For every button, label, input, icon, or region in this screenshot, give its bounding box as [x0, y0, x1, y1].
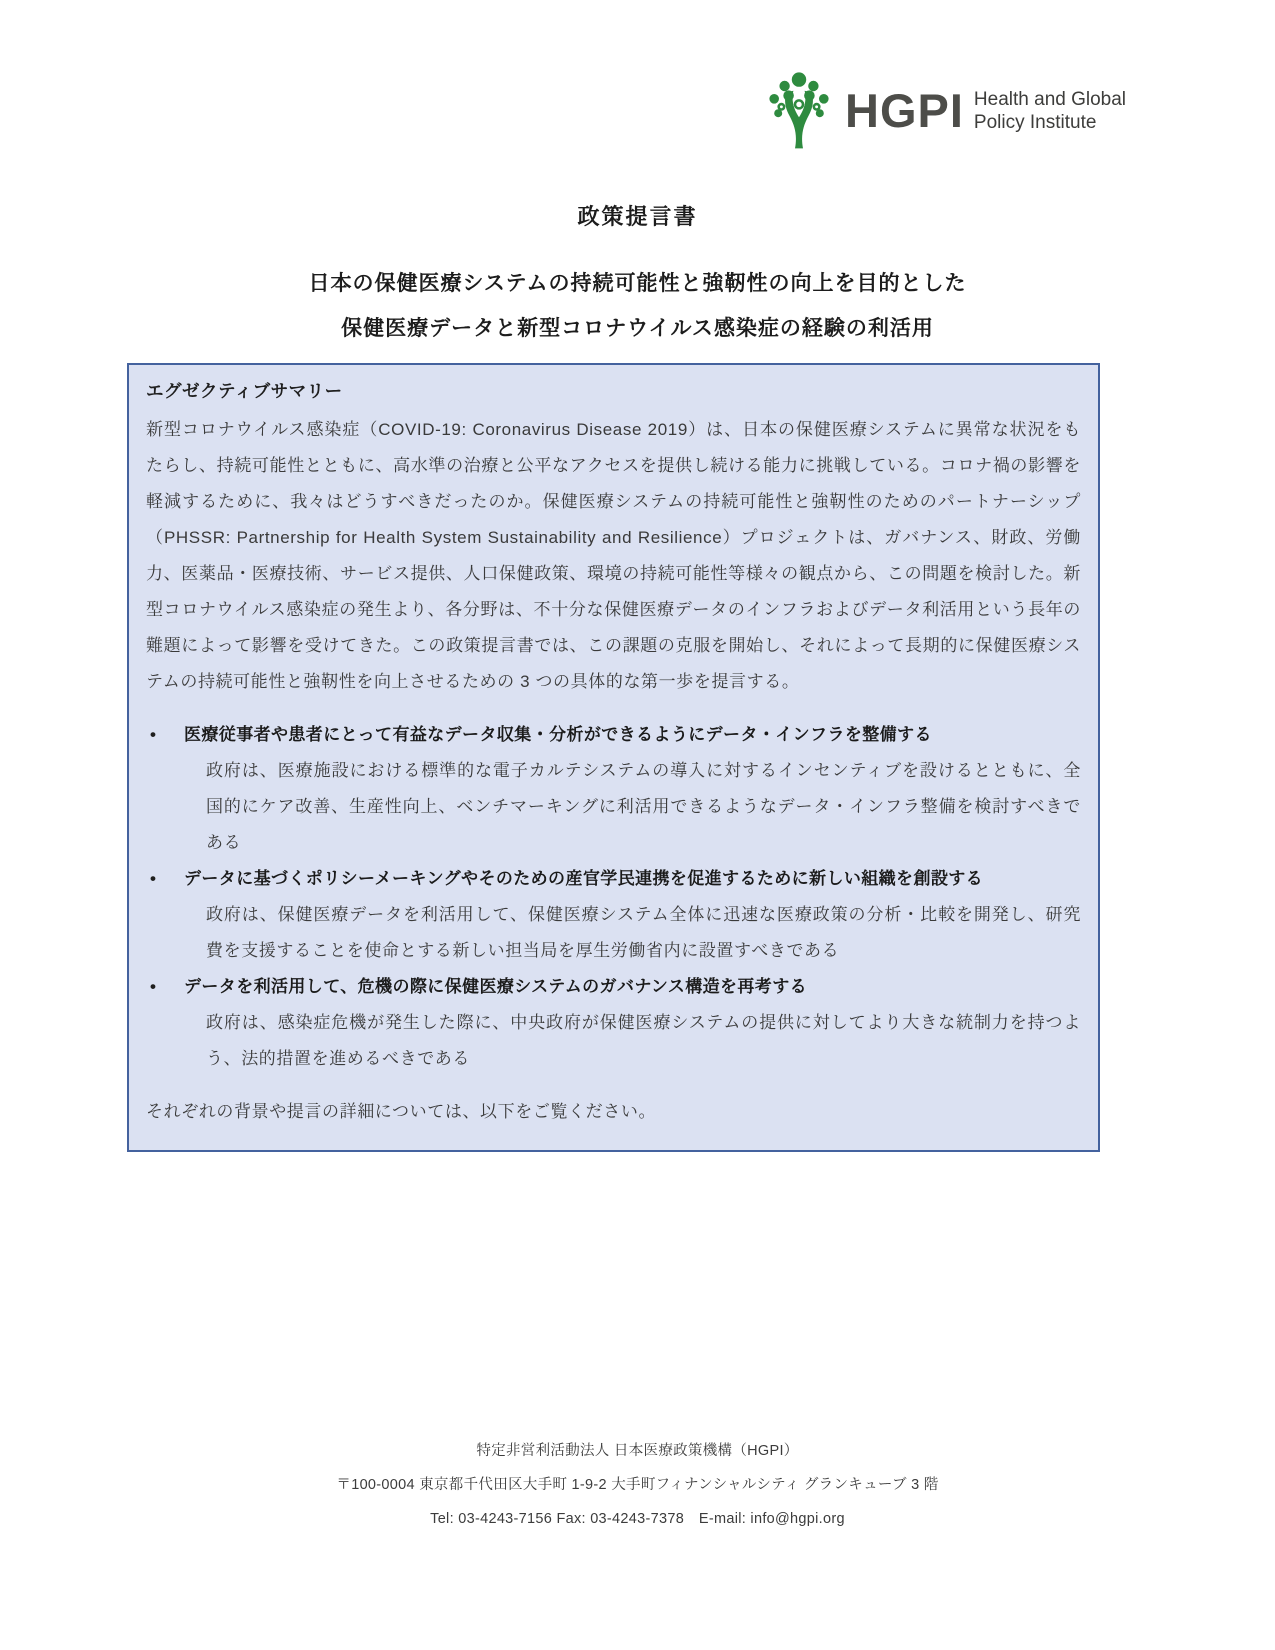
footer-contact: Tel: 03-4243-7156 Fax: 03-4243-7378 E-ma… [0, 1502, 1275, 1536]
hgpi-logo: HGPI Health and Global Policy Institute [763, 70, 1126, 150]
recommendation-body: 政府は、医療施設における標準的な電子カルテシステムの導入に対するインセンティブを… [184, 753, 1081, 861]
document-title-line2: 保健医療データと新型コロナウイルス感染症の経験の利活用 [0, 306, 1275, 351]
recommendation-body: 政府は、感染症危機が発生した際に、中央政府が保健医療システムの提供に対してより大… [184, 1005, 1081, 1077]
recommendation-item: データを利活用して、危機の際に保健医療システムのガバナンス構造を再考する 政府は… [146, 969, 1081, 1077]
recommendation-body: 政府は、保健医療データを利活用して、保健医療システム全体に迅速な医療政策の分析・… [184, 897, 1081, 969]
recommendation-heading: データに基づくポリシーメーキングやそのための産官学民連携を促進するために新しい組… [184, 861, 1081, 897]
footer-address: 〒100-0004 東京都千代田区大手町 1-9-2 大手町フィナンシャルシティ… [0, 1468, 1275, 1502]
recommendation-heading: データを利活用して、危機の際に保健医療システムのガバナンス構造を再考する [184, 969, 1081, 1005]
document-title-line1: 日本の保健医療システムの持続可能性と強靭性の向上を目的とした [0, 261, 1275, 306]
executive-summary-box: エグゼクティブサマリー 新型コロナウイルス感染症（COVID-19: Coron… [127, 363, 1100, 1152]
page-footer: 特定非営利活動法人 日本医療政策機構（HGPI） 〒100-0004 東京都千代… [0, 1434, 1275, 1536]
logo-tagline-line1: Health and Global [974, 88, 1126, 111]
summary-heading: エグゼクティブサマリー [146, 378, 1081, 403]
tree-icon [763, 70, 835, 150]
policy-brief-page: HGPI Health and Global Policy Institute … [0, 0, 1275, 1650]
logo-tagline: Health and Global Policy Institute [974, 86, 1126, 134]
footer-organization: 特定非営利活動法人 日本医療政策機構（HGPI） [0, 1434, 1275, 1468]
document-title: 日本の保健医療システムの持続可能性と強靭性の向上を目的とした 保健医療データと新… [0, 261, 1275, 351]
logo-tagline-line2: Policy Institute [974, 111, 1126, 134]
recommendation-list: 医療従事者や患者にとって有益なデータ収集・分析ができるようにデータ・インフラを整… [146, 717, 1081, 1077]
recommendation-heading: 医療従事者や患者にとって有益なデータ収集・分析ができるようにデータ・インフラを整… [184, 717, 1081, 753]
document-type-heading: 政策提言書 [0, 200, 1275, 231]
recommendation-item: データに基づくポリシーメーキングやそのための産官学民連携を促進するために新しい組… [146, 861, 1081, 969]
recommendation-item: 医療従事者や患者にとって有益なデータ収集・分析ができるようにデータ・インフラを整… [146, 717, 1081, 861]
summary-closing-line: それぞれの背景や提言の詳細については、以下をご覧ください。 [146, 1094, 1081, 1130]
logo-acronym: HGPI [845, 87, 964, 134]
summary-intro-paragraph: 新型コロナウイルス感染症（COVID-19: Coronavirus Disea… [146, 412, 1081, 700]
